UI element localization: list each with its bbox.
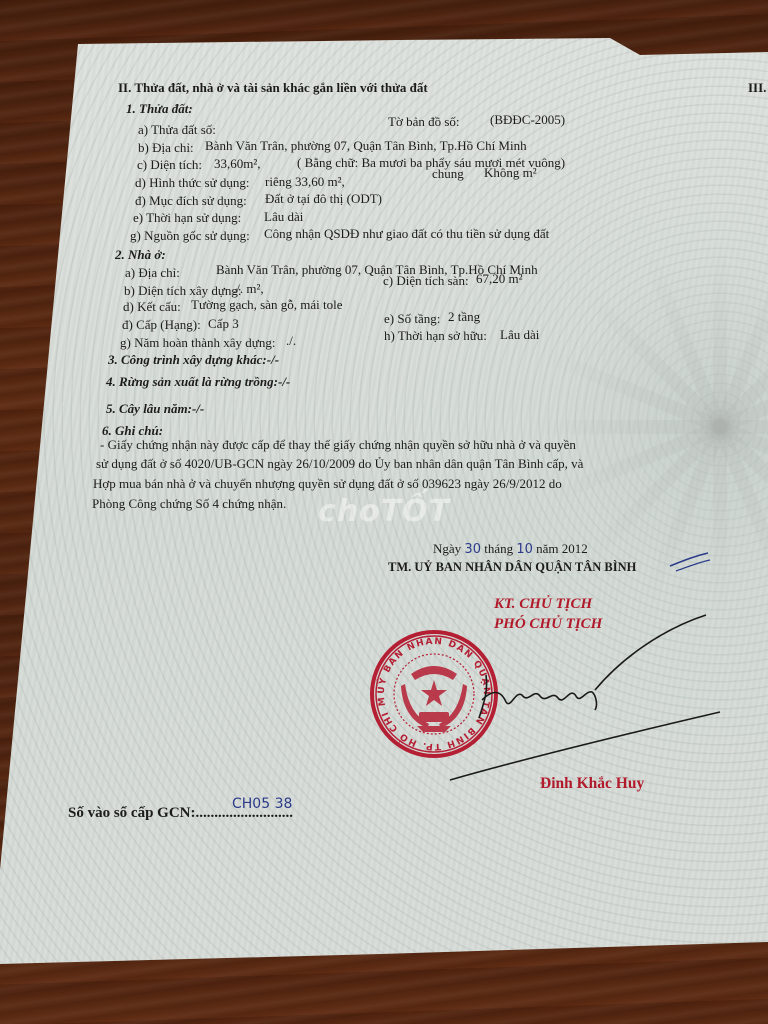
certificate-paper: II. Thửa đất, nhà ở và tài sản khác gắn … xyxy=(0,0,768,1024)
registry-handwritten-number: CH05 38 xyxy=(232,797,292,812)
signature-strokes xyxy=(0,0,768,1024)
registry-label: Số vào sổ cấp GCN: xyxy=(68,805,196,821)
signer-name: Đinh Khắc Huy xyxy=(540,776,644,791)
